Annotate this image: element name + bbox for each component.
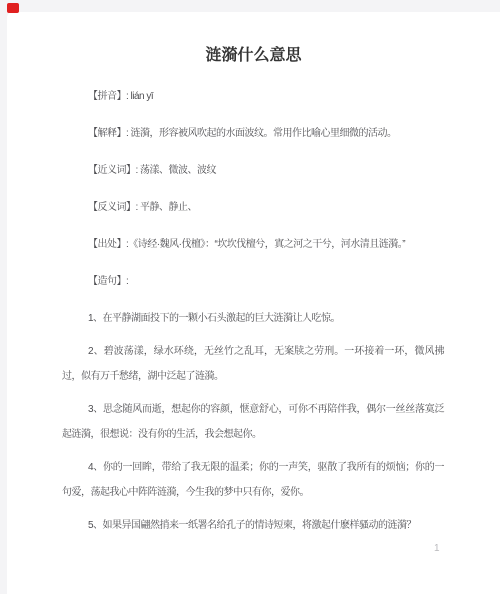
entry-pinyin: 【拼音】: lián yī [62,84,444,109]
page-title: 涟漪什么意思 [7,12,500,67]
example-sentence-2: 2、碧波荡漾，绿水环绕，无丝竹之乱耳，无案牍之劳刑。一环接着一环，微风拂过，似有… [62,339,444,389]
entry-sentence-making-label: 【造句】: [62,269,444,294]
page-background: 涟漪什么意思 【拼音】: lián yī 【解释】: 涟漪，形容被风吹起的水面波… [0,0,500,594]
example-sentence-3: 3、思念随风而逝，想起你的容颜，惬意舒心，可你不再陪伴我，偶尔一丝丝落寞泛起涟漪… [62,397,444,447]
example-sentence-1: 1、在平静湖面投下的一颗小石头激起的巨大涟漪让人吃惊。 [62,306,444,331]
document-body: 【拼音】: lián yī 【解释】: 涟漪，形容被风吹起的水面波纹。常用作比喻… [7,84,500,538]
entry-antonyms: 【反义词】: 平静、静止、 [62,195,444,220]
example-sentence-4: 4、你的一回眸，带给了我无限的温柔；你的一声笑，驱散了我所有的烦恼；你的一句爱，… [62,455,444,505]
entry-synonyms: 【近义词】: 荡漾、微波、波纹 [62,158,444,183]
entry-explanation: 【解释】: 涟漪，形容被风吹起的水面波纹。常用作比喻心里细微的活动。 [62,121,444,146]
document-page: 涟漪什么意思 【拼音】: lián yī 【解释】: 涟漪，形容被风吹起的水面波… [7,12,500,594]
entry-source: 【出处】:《诗经·魏风·伐檀》：“坎坎伐檀兮，寘之河之干兮，河水清且涟漪。” [62,232,444,257]
example-sentence-5: 5、如果异国翩然捎来一纸署名给孔子的情诗短柬，将激起什麽样骚动的涟漪？ [62,513,444,538]
app-badge-icon [7,3,19,13]
page-number: 1 [434,543,440,554]
